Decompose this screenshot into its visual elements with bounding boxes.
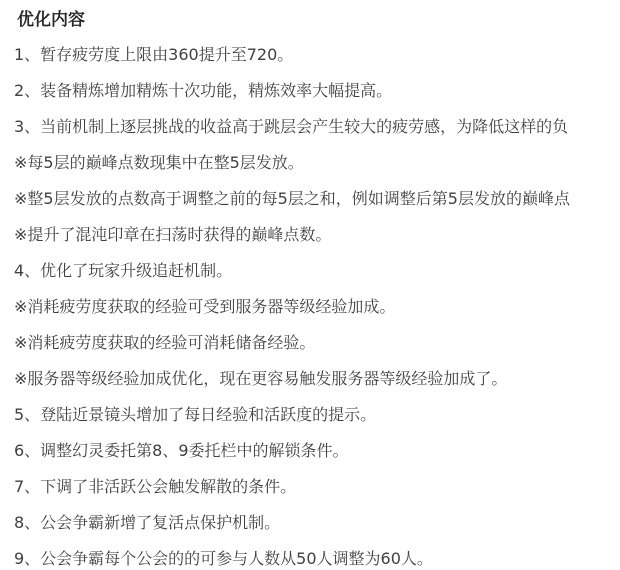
- list-item-sub: ※消耗疲劳度获取的经验可消耗储备经验。: [14, 333, 620, 353]
- list-item-sub: ※消耗疲劳度获取的经验可受到服务器等级经验加成。: [14, 297, 620, 317]
- list-item-sub: ※服务器等级经验加成优化，现在更容易触发服务器等级经验加成了。: [14, 369, 620, 389]
- list-item-sub: ※提升了混沌印章在扫荡时获得的巅峰点数。: [14, 225, 620, 245]
- page-title: 优化内容: [17, 9, 620, 31]
- list-item: 3、当前机制上逐层挑战的收益高于跳层会产生较大的疲劳感，为降低这样的负: [14, 117, 620, 137]
- list-item: 2、装备精炼增加精炼十次功能，精炼效率大幅提高。: [14, 81, 620, 101]
- list-item: 7、下调了非活跃公会触发解散的条件。: [14, 477, 620, 497]
- list-item-sub: ※每5层的巅峰点数现集中在整5层发放。: [14, 153, 620, 173]
- list-item: 9、公会争霸每个公会的的可参与人数从50人调整为60人。: [14, 549, 620, 569]
- list-item: 4、优化了玩家升级追赶机制。: [14, 261, 620, 281]
- patch-notes-document: 优化内容 1、暂存疲劳度上限由360提升至720。 2、装备精炼增加精炼十次功能…: [0, 0, 620, 569]
- list-item: 5、登陆近景镜头增加了每日经验和活跃度的提示。: [14, 405, 620, 425]
- list-item-sub: ※整5层发放的点数高于调整之前的每5层之和，例如调整后第5层发放的巅峰点: [14, 189, 620, 209]
- list-item: 6、调整幻灵委托第8、9委托栏中的解锁条件。: [14, 441, 620, 461]
- list-item: 8、公会争霸新增了复活点保护机制。: [14, 513, 620, 533]
- list-item: 1、暂存疲劳度上限由360提升至720。: [14, 45, 620, 65]
